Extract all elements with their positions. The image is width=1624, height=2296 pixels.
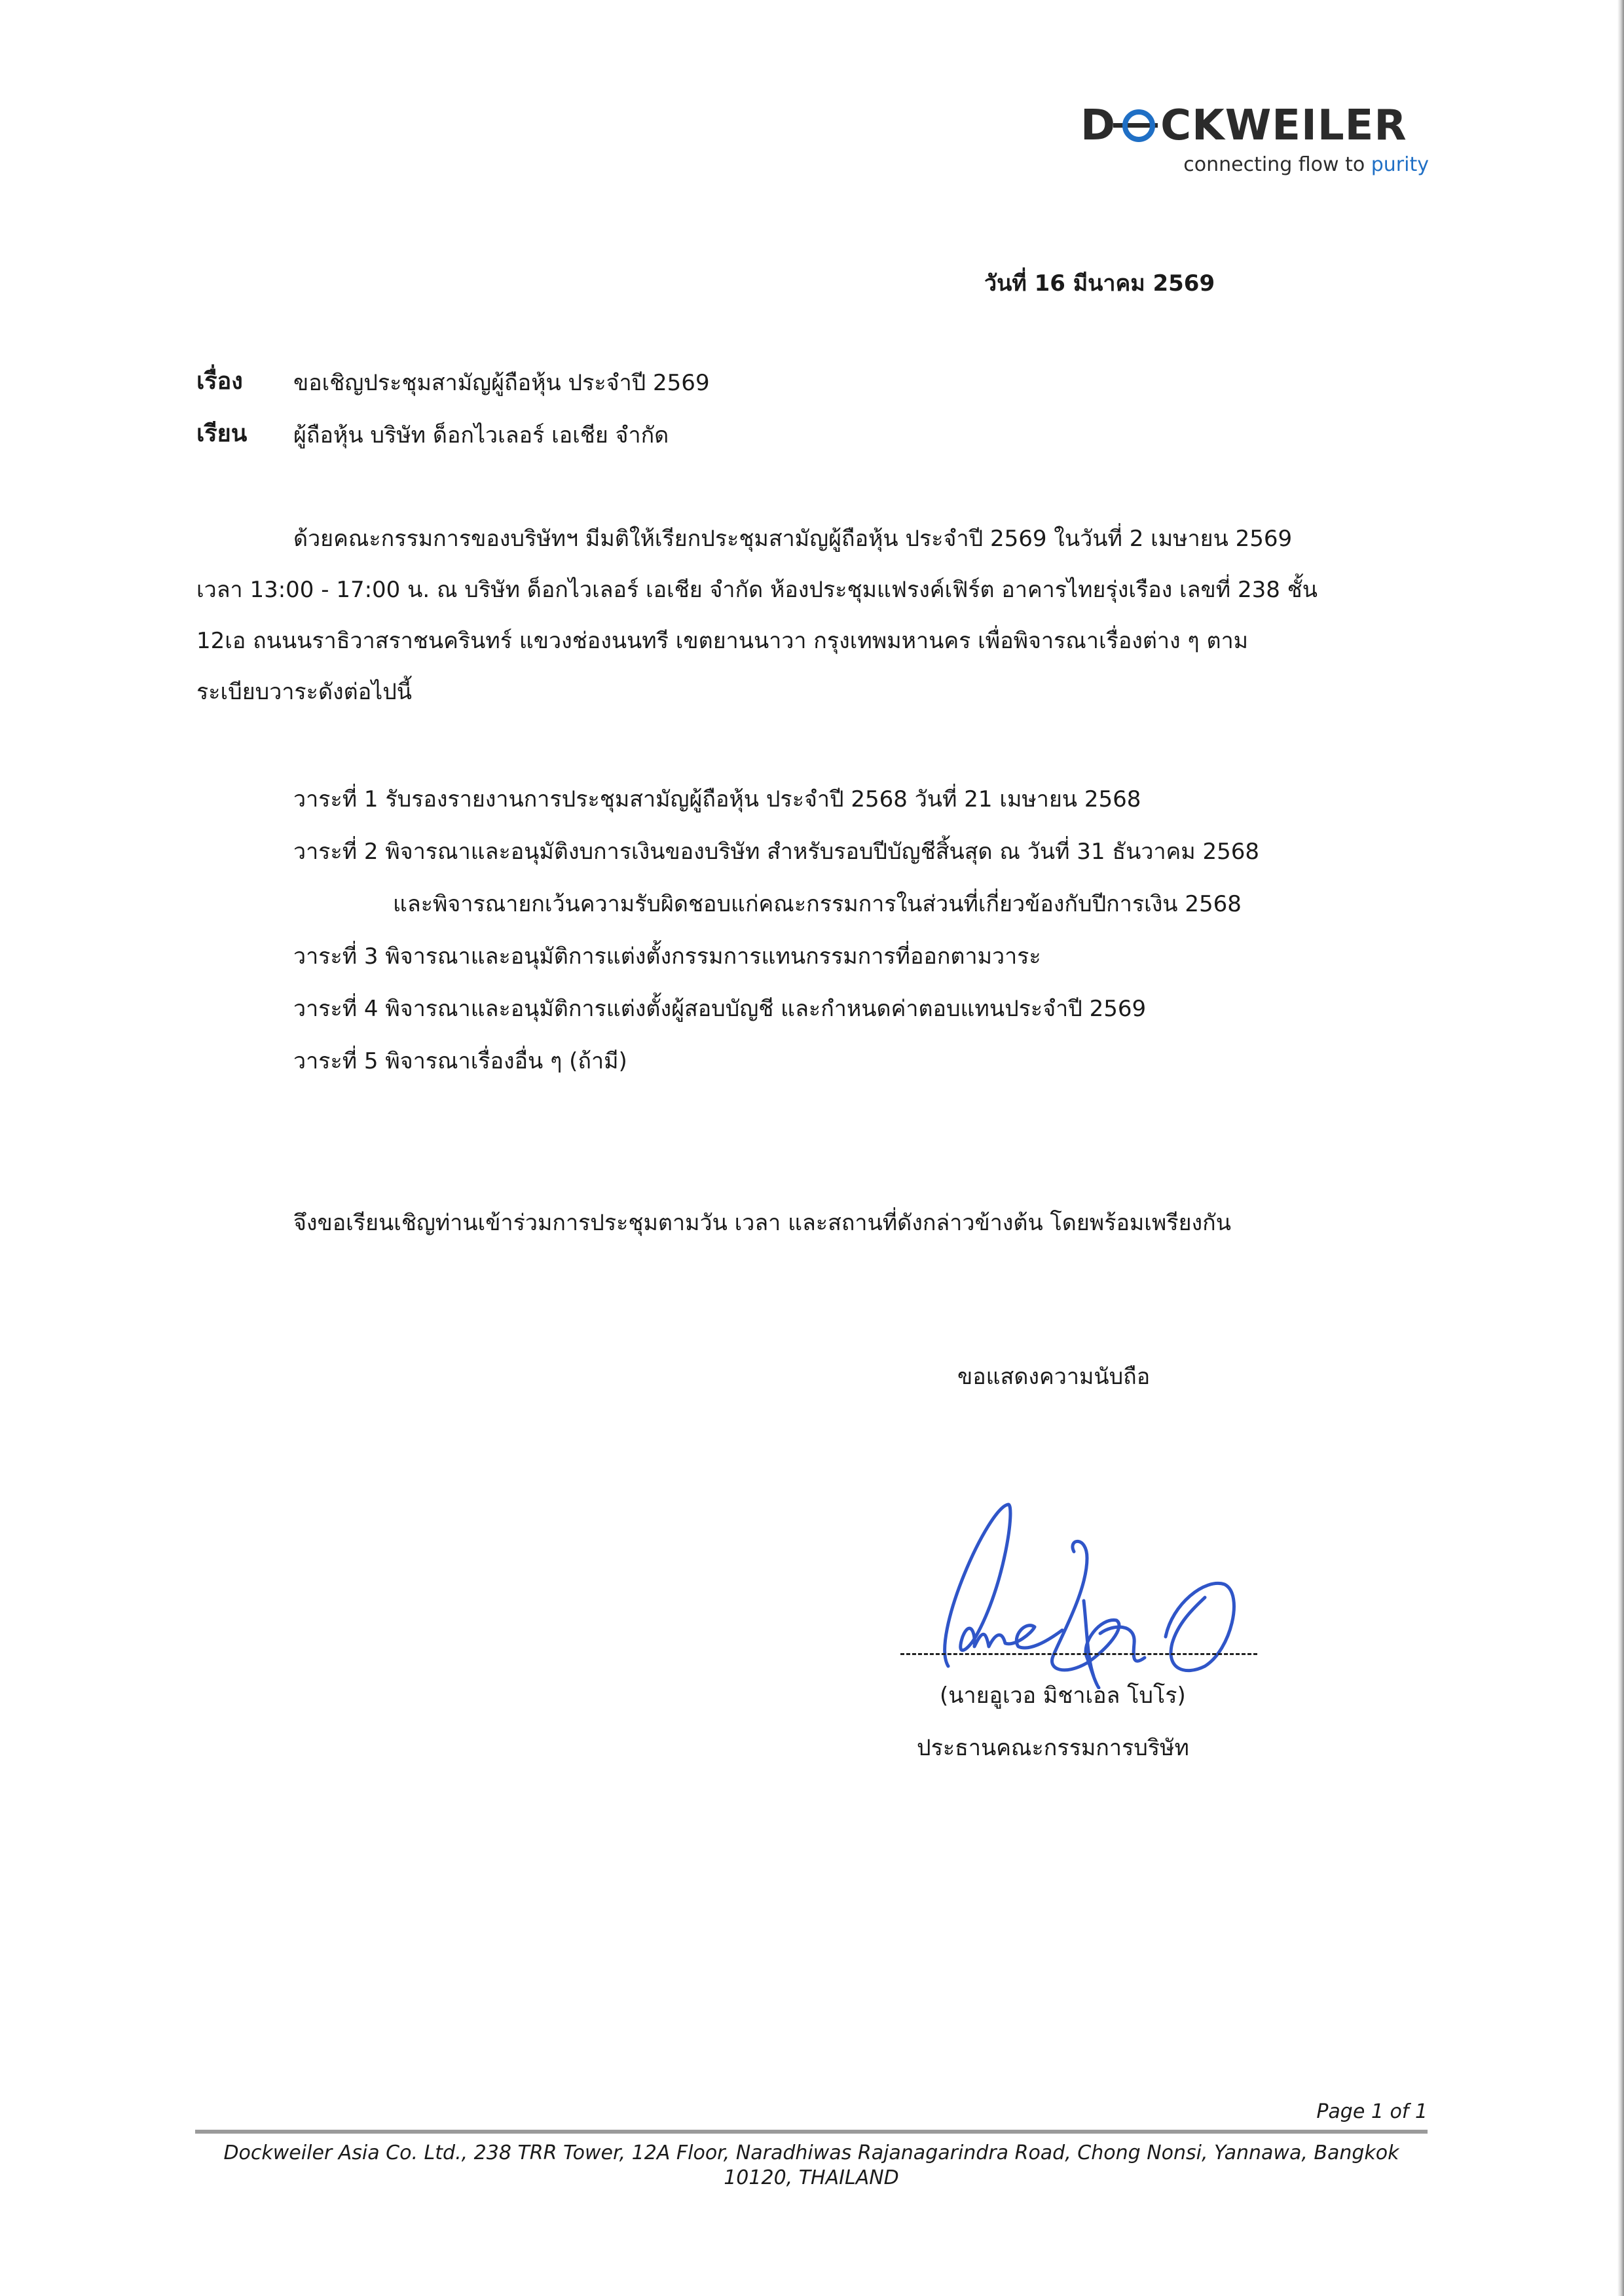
recipient-label: เรียน [196,414,247,452]
handwritten-signature [891,1480,1257,1689]
letter-date: วันที่ 16 มีนาคม 2569 [984,265,1215,301]
recipient-value: ผู้ถือหุ้น บริษัท ด็อกไวเลอร์ เอเชีย จำก… [293,417,669,452]
scan-edge-shadow [1617,0,1624,2296]
agenda-item-1: วาระที่ 1 รับรองรายงานการประชุมสามัญผู้ถ… [293,781,1141,816]
body-line: เวลา 13:00 - 17:00 น. ณ บริษัท ด็อกไวเลอ… [196,572,1318,607]
logo-wordmark: D CKWEILER [1080,105,1434,147]
subject-label: เรื่อง [196,362,243,399]
agenda-item-2: วาระที่ 2 พิจารณาและอนุมัติงบการเงินของบ… [293,833,1259,869]
logo-pipe-ring-icon [1117,109,1159,142]
body-line: 12เอ ถนนนราธิวาสราชนครินทร์ แขวงช่องนนทร… [196,623,1248,658]
footer-address: Dockweiler Asia Co. Ltd., 238 TRR Tower,… [195,2141,1428,2190]
footer-divider [195,2130,1428,2134]
company-logo: D CKWEILER connecting flow to purity [1080,105,1434,176]
signer-title: ประธานคณะกรรมการบริษัท [917,1730,1189,1765]
agenda-item-4: วาระที่ 4 พิจารณาและอนุมัติการแต่งตั้งผู… [293,991,1146,1026]
subject-value: ขอเชิญประชุมสามัญผู้ถือหุ้น ประจำปี 2569 [293,365,710,400]
signature-line [900,1653,1257,1655]
invitation-text: จึงขอเรียนเชิญท่านเข้าร่วมการประชุมตามวั… [293,1205,1231,1240]
closing-salutation: ขอแสดงความนับถือ [957,1358,1150,1394]
logo-tagline: connecting flow to purity [1080,153,1434,176]
agenda-item-2-continuation: และพิจารณายกเว้นความรับผิดชอบแก่คณะกรรมก… [393,886,1242,921]
body-line: ระเบียบวาระดังต่อไปนี้ [196,674,412,709]
page-number: Page 1 of 1 [1316,2100,1428,2123]
body-line: ด้วยคณะกรรมการของบริษัทฯ มีมติให้เรียกปร… [293,520,1292,556]
agenda-item-3: วาระที่ 3 พิจารณาและอนุมัติการแต่งตั้งกร… [293,938,1041,974]
agenda-item-5: วาระที่ 5 พิจารณาเรื่องอื่น ๆ (ถ้ามี) [293,1043,627,1078]
signer-name: (นายอูเวอ มิชาเอล โบโร) [940,1677,1186,1713]
